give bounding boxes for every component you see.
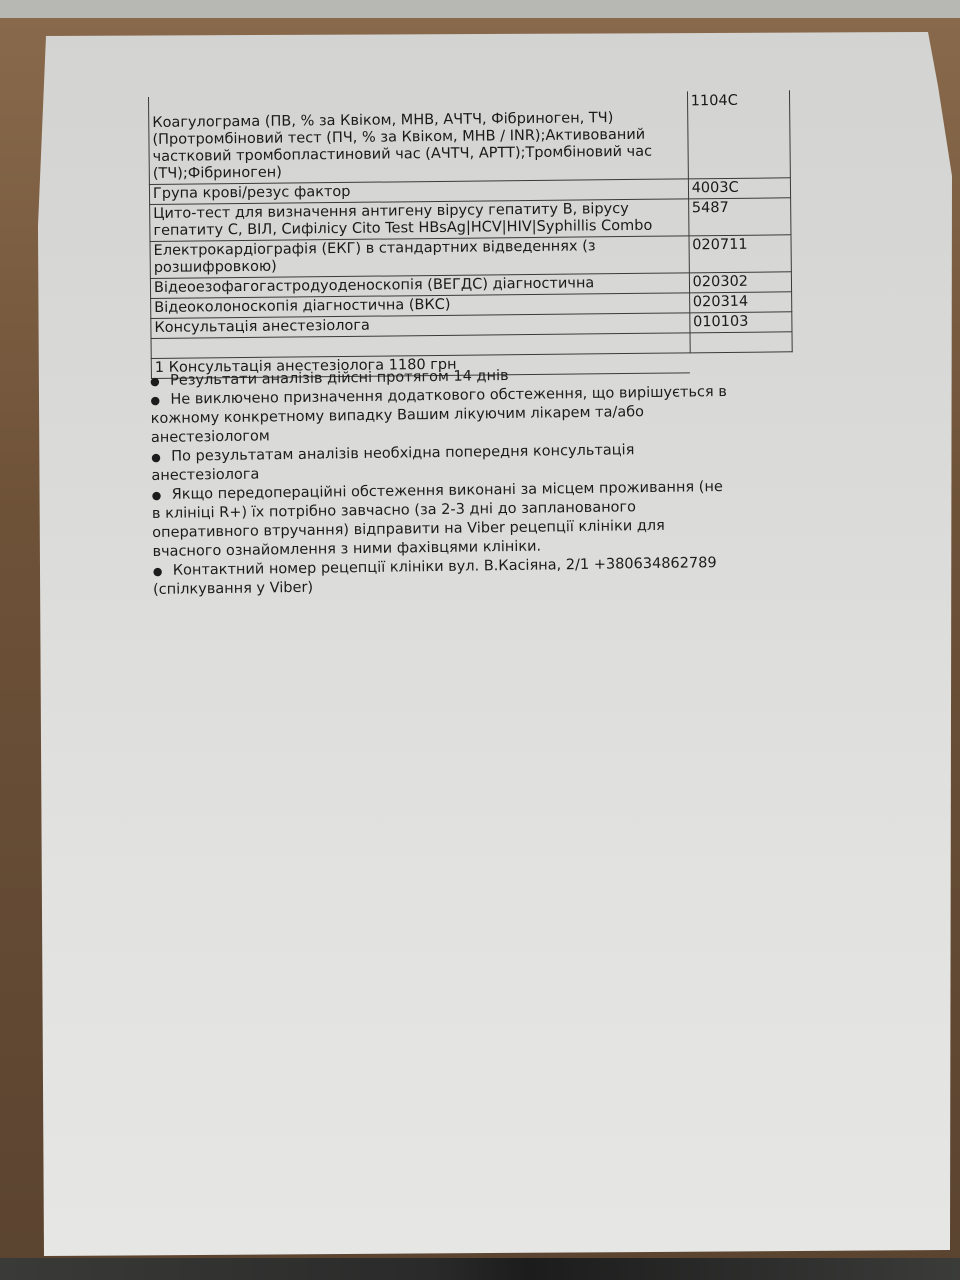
service-name: Електрокардіографія (ЕКГ) в стандартних … [150, 236, 689, 279]
bullet-icon: ● [150, 391, 170, 410]
service-name: Коагулограма (ПВ, % за Квіком, МНВ, АЧТЧ… [148, 91, 688, 184]
bullet-icon: ● [151, 448, 171, 467]
bullet-icon: ● [150, 372, 170, 391]
service-code: 4003C [688, 178, 791, 199]
service-code: 020711 [689, 235, 792, 273]
bullet-icon: ● [153, 562, 173, 581]
table-row: Коагулограма (ПВ, % за Квіком, МНВ, АЧТЧ… [148, 90, 790, 184]
note-text: Результати аналізів дійсні протягом 14 д… [170, 368, 509, 389]
note-item: ●Якщо передопераційні обстеження виконан… [152, 478, 733, 562]
note-item: ●Не виключено призначення додаткового об… [150, 383, 731, 448]
service-code [690, 332, 793, 353]
note-text: Не виключено призначення додаткового обс… [151, 384, 727, 446]
background-surface [0, 0, 960, 18]
service-code: 5487 [688, 198, 791, 236]
bullet-icon: ● [152, 486, 172, 505]
note-item: ●Контактний номер рецепції клініки вул. … [153, 554, 733, 600]
background-edge [0, 1258, 960, 1280]
service-code: 1104C [687, 90, 790, 179]
service-code: 020314 [689, 292, 792, 313]
note-text: По результатам аналізів необхідна попере… [151, 442, 634, 484]
services-table: Коагулограма (ПВ, % за Квіком, МНВ, АЧТЧ… [148, 90, 793, 379]
service-code: 010103 [689, 312, 792, 333]
note-text: Якщо передопераційні обстеження виконані… [152, 479, 723, 560]
notes-list: ●Результати аналізів дійсні протягом 14 … [150, 364, 733, 600]
service-name: Цито-тест для визначення антигену вірусу… [150, 199, 689, 242]
service-code: 020302 [689, 272, 792, 293]
note-text: Контактний номер рецепції клініки вул. В… [153, 555, 717, 598]
